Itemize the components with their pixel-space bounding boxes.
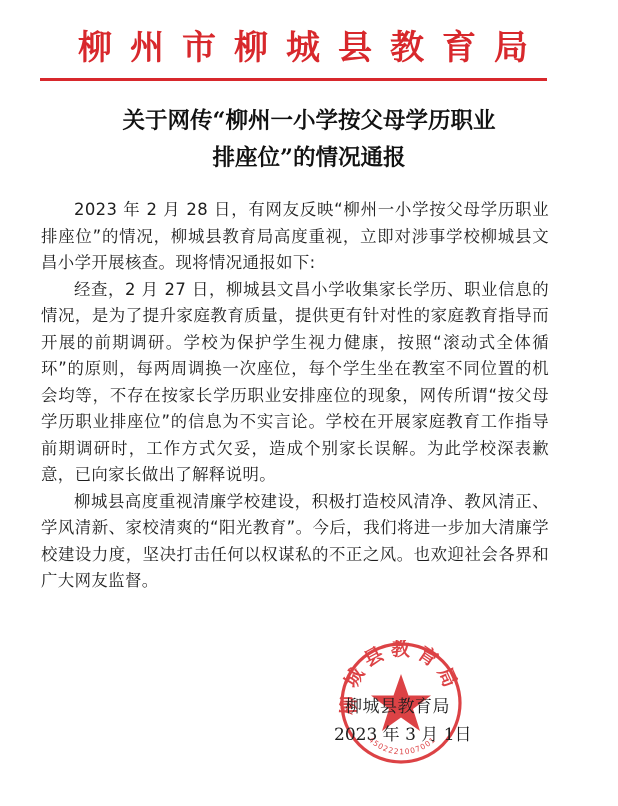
document-title: 关于网传“柳州一小学按父母学历职业 排座位”的情况通报 xyxy=(60,103,558,177)
header-divider xyxy=(40,78,547,81)
paragraph-commitment: 柳城县高度重视清廉学校建设，积极打造校风清净、教风清正、学风清新、家校清爽的“阳… xyxy=(41,489,549,595)
paragraph-intro: 2023 年 2 月 28 日，有网友反映“柳州一小学按父母学历职业排座位”的情… xyxy=(41,197,549,277)
document-body: 2023 年 2 月 28 日，有网友反映“柳州一小学按父母学历职业排座位”的情… xyxy=(41,197,549,595)
signature-organization: 柳城县教育局 xyxy=(345,692,450,717)
paragraph-findings: 经查，2 月 27 日，柳城县文昌小学收集家长学历、职业信息的情况，是为了提升家… xyxy=(41,277,549,489)
title-line-1: 关于网传“柳州一小学按父母学历职业 xyxy=(60,103,558,140)
issuer-header: 柳州市柳城县教育局 xyxy=(0,28,606,68)
signature-block: 柳城县教育局 2023 年 3 月 1日 xyxy=(0,688,618,768)
signature-date: 2023 年 3 月 1日 xyxy=(334,720,472,745)
title-line-2: 排座位”的情况通报 xyxy=(60,140,558,177)
